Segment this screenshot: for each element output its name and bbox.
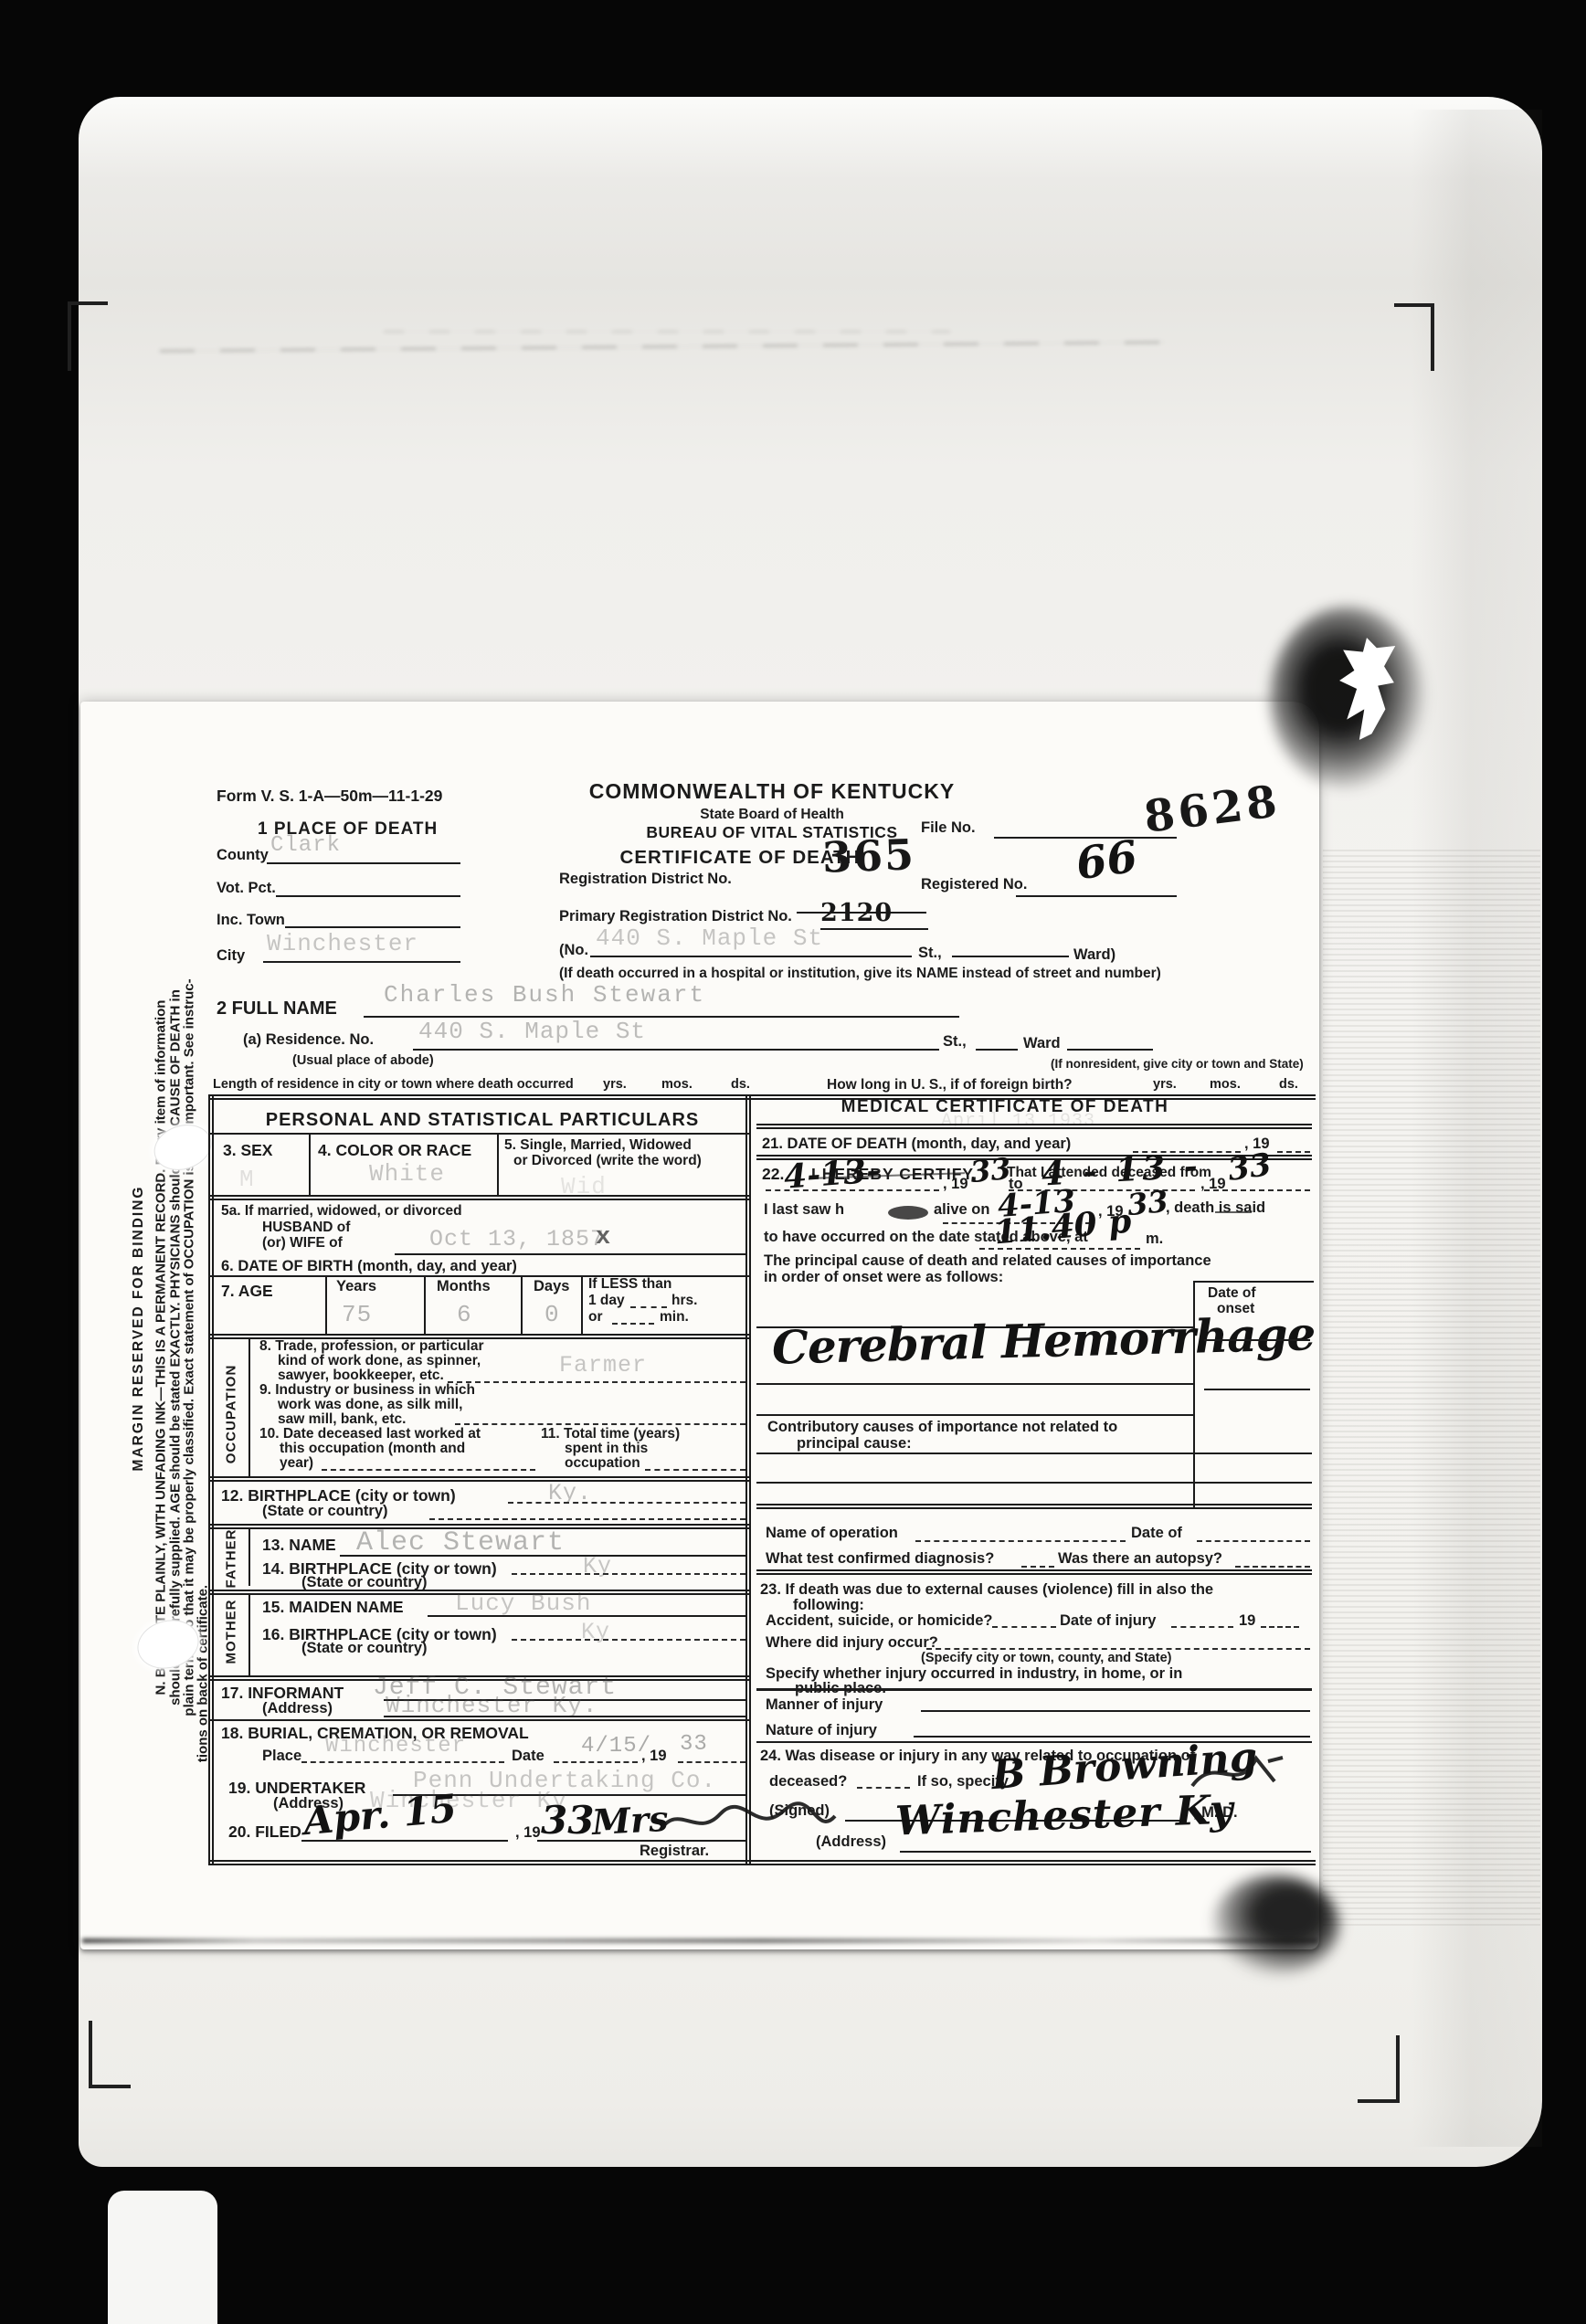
fill-line [301,1840,508,1842]
field-23-label-1: 23. If death was due to external causes … [760,1582,1213,1598]
if-less-label-2: 1 day [588,1294,625,1308]
fill-line [508,1502,745,1504]
rule [248,1529,250,1586]
residence-ward-label: Ward [1023,1036,1061,1051]
rule [208,1476,751,1482]
principal-cause-label-1: The principal cause of death and related… [764,1253,1211,1269]
nonresident-note: (If nonresident, give city or town and S… [1051,1058,1304,1071]
mother-birthplace-value: Ky [581,1619,610,1645]
st-label: St., [918,945,942,961]
color-race-label: 4. COLOR OR RACE [318,1142,471,1158]
filed-label: 20. FILED [228,1823,301,1840]
fill-line [429,1518,745,1520]
rule [756,1124,1312,1129]
rule [497,1135,499,1195]
rule [424,1277,426,1334]
state-country-note: (State or country) [301,1575,428,1590]
registered-no-label: Registered No. [921,877,1027,893]
fill-line [590,956,912,957]
undertaker-label: 19. UNDERTAKER [228,1780,365,1796]
bureau-heading: BUREAU OF VITAL STATISTICS [562,824,982,840]
field-11-label-2: spent in this [565,1442,648,1456]
inc-town-label: Inc. Town [217,913,285,928]
fill-line [512,1573,745,1575]
father-birthplace-value: Ky [583,1553,612,1579]
fill-line [1016,895,1177,897]
fill-line [915,1540,1126,1542]
field-10-label-1: 10. Date deceased last worked at [259,1427,481,1442]
corner-mark-top-right [1394,303,1434,371]
days-label: Days [534,1279,569,1294]
date-label: Date [512,1748,545,1764]
field-12-label: 12. BIRTHPLACE (city or town) [221,1487,456,1504]
rule [208,1195,751,1200]
where-injury-label: Where did injury occur? [766,1635,938,1651]
corner-mark-bottom-left [89,2021,131,2088]
rule [756,1569,1312,1575]
field-8-label-3: sawyer, bookkeeper, etc. [278,1368,444,1383]
fill-line [1171,1626,1233,1628]
fill-line [1197,1540,1310,1542]
fill-line [1277,1151,1310,1153]
ds-label: ds. [1279,1078,1298,1092]
state-country-note: (State or country) [301,1641,428,1656]
rule [325,1277,327,1334]
fill-line [512,1639,745,1641]
father-side-label: FATHER [224,1529,239,1589]
burial-place-value: Winchester [325,1734,466,1759]
accident-label: Accident, suicide, or homicide? [766,1613,992,1629]
margin-nb-line-1: N. B.—WRITE PLAINLY, WITH UNFADING INK—T… [153,1000,169,1695]
rule [248,1339,250,1476]
primary-district-label: Primary Registration District No. [559,909,792,924]
min-label: min. [660,1310,689,1325]
marital-label-1: 5. Single, Married, Widowed [504,1138,692,1153]
or-label: or [588,1310,603,1325]
full-name-value: Charles Bush Stewart [384,981,705,1009]
field-11-label-3: occupation [565,1456,640,1471]
months-label: Months [437,1279,491,1294]
field-15-label: 15. MAIDEN NAME [262,1599,404,1615]
fill-line [976,1049,1018,1051]
autopsy-label: Was there an autopsy? [1058,1551,1222,1567]
abode-note: (Usual place of abode) [292,1054,434,1068]
date-of-onset-label-1: Date of [1208,1286,1256,1301]
place-label: Place [262,1748,301,1764]
rule [1204,1389,1310,1390]
fill-line [766,1189,939,1191]
stray-ink-stroke [1215,1211,1252,1213]
contributory-label-2: principal cause: [797,1436,912,1452]
operation-label: Name of operation [766,1526,898,1541]
operation-date-label: Date of [1131,1526,1182,1541]
field-9-label-1: 9. Industry or business in which [259,1383,475,1398]
contributory-label-1: Contributory causes of importance not re… [767,1420,1117,1435]
last-saw-label: I last saw h [764,1202,844,1218]
death-is-said-label: , death is said [1166,1200,1265,1216]
rule [208,1860,1316,1865]
county-value: Clark [270,833,341,858]
bottom-white-tab [108,2191,217,2324]
fill-line [1261,1626,1299,1628]
fill-line [276,895,460,897]
rule [521,1277,523,1334]
age-months-value: 6 [457,1301,472,1328]
rule [756,1688,1312,1691]
fill-line [645,1469,745,1471]
registered-no-value: 66 [1073,831,1140,891]
ds-label: ds. [731,1078,750,1092]
ink-blot [888,1206,928,1220]
age-years-value: 75 [342,1301,372,1328]
fill-line [1204,1189,1310,1191]
fill-line [992,1626,1056,1628]
field-10-label-3: year) [280,1456,313,1471]
rule [756,1452,1312,1454]
fill-line [1021,1566,1054,1568]
wife-of-label: (or) WIFE of [262,1236,343,1251]
rule [248,1593,250,1675]
age-label: 7. AGE [221,1283,273,1299]
rule [756,1504,1312,1509]
rule [309,1135,311,1195]
fill-line [267,862,460,864]
occupation-side-label: OCCUPATION [224,1365,239,1464]
field-9-label-2: work was done, as silk mill, [278,1398,462,1412]
last-saw-year-value: 33 [1126,1184,1169,1222]
fill-line [678,1761,745,1763]
color-race-value: White [369,1160,445,1188]
fill-line [384,1716,745,1717]
scan-stripes [1323,850,1540,1928]
husband-of-label: HUSBAND of [262,1220,350,1235]
fill-line [857,1787,910,1789]
field-11-label-1: 11. Total time (years) [541,1427,680,1442]
mother-side-label: MOTHER [224,1600,239,1664]
board-heading: State Board of Health [562,808,982,822]
ward-label: Ward) [1073,947,1115,963]
dob-label: 6. DATE OF BIRTH (month, day, and year) [221,1259,517,1274]
date-of-death-label: 21. DATE OF DEATH (month, day, and year) [762,1136,1071,1152]
registration-district-label: Registration District No. [559,871,732,887]
ink-smudge-top-right [1270,607,1425,789]
mos-label: mos. [1210,1078,1241,1092]
mother-maiden-value: Lucy Bush [455,1590,591,1617]
fill-line [263,961,460,963]
fill-line [1235,1566,1310,1568]
m-label: m. [1146,1231,1163,1247]
yrs-label: yrs. [603,1078,627,1092]
mos-label: mos. [661,1078,693,1092]
rule [756,1383,1193,1385]
dob-value: Oct 13, 1857 [429,1226,605,1252]
corner-mark-bottom-right [1358,2035,1400,2103]
specify-city-note: (Specify city or town, county, and State… [921,1652,1171,1665]
field-23-label-2: following: [793,1598,864,1613]
field-13-label: 13. NAME [262,1537,336,1553]
fill-line [413,1049,939,1051]
deceased-label: deceased? [769,1774,847,1790]
field-22-number: 22. [762,1166,784,1182]
signed-label: (Signed) [769,1803,830,1819]
field-8-label-1: 8. Trade, profession, or particular [259,1339,484,1354]
fill-line [926,1648,1310,1650]
age-days-value: 0 [545,1301,560,1328]
field-5a-label: 5a. If married, widowed, or divorced [221,1204,462,1219]
fill-line [455,1423,745,1425]
fill-line [952,956,1069,957]
fill-line [448,1381,745,1383]
nineteen-plain-label: 19 [1239,1613,1255,1629]
years-label: Years [336,1279,376,1294]
address-note: (Address) [262,1701,333,1717]
fill-line [820,928,928,930]
how-long-us-label: How long in U. S., if of foreign birth? [827,1078,1073,1093]
hrs-label: hrs. [671,1294,697,1308]
fill-line [921,1710,1310,1712]
city-label: City [217,948,245,964]
alive-on-label: alive on [934,1202,989,1218]
fill-line [322,1469,535,1471]
corner-mark-top-left [68,301,108,371]
rule [756,1414,1193,1416]
fill-line [340,1555,745,1557]
dob-x-mark: x [596,1224,611,1252]
commonwealth-heading: COMMONWEALTH OF KENTUCKY [562,780,982,802]
fill-line [1067,1049,1153,1051]
fill-line [554,1761,638,1763]
field-9-label-3: saw mill, bank, etc. [278,1412,406,1427]
street-no-value: 440 S. Maple St [596,924,823,952]
occupation-value: Farmer [559,1352,647,1379]
fill-line [979,1248,1140,1250]
filed-year-value: 33 [541,1798,594,1843]
residence-st-label: St., [943,1034,967,1050]
margin-reserved-text: MARGIN RESERVED FOR BINDING [131,1186,147,1472]
street-no-label: (No. [559,943,588,958]
yrs-label: yrs. [1153,1078,1177,1092]
bleedthrough-ghost-line [384,331,950,333]
ink-smudge-bottom-right [1211,1875,1339,1975]
sex-value: M [239,1166,255,1193]
length-residence-label: Length of residence in city or town wher… [213,1078,574,1092]
registrar-label: Registrar. [640,1843,709,1859]
attended-from-year: 33 [968,1151,1012,1189]
manner-of-injury-label: Manner of injury [766,1697,883,1713]
marital-label-2: or Divorced (write the word) [513,1154,702,1168]
father-name-value: Alec Stewart [356,1527,565,1558]
hospital-note: (If death occurred in a hospital or inst… [559,967,1161,981]
city-value: Winchester [267,930,418,957]
fill-line [285,926,460,928]
burial-year-value: 33 [680,1732,708,1757]
residence-label: (a) Residence. No. [243,1032,374,1048]
nineteen-label: , 19 [515,1825,541,1841]
fill-line [537,1840,745,1842]
rule [208,1719,751,1721]
principal-cause-label-2: in order of onset were as follows: [764,1270,1003,1285]
rule [1193,1281,1314,1283]
rule [208,1133,751,1135]
nineteen-label: , 19 [943,1177,968,1192]
attended-to-year: 33 [1225,1146,1273,1188]
primary-district-value: 2120 [820,899,893,927]
fill-line [630,1306,667,1308]
rule [581,1277,583,1334]
vot-pct-label: Vot. Pct. [217,881,276,896]
fill-line [900,1851,1311,1853]
fill-line [301,1761,504,1763]
nineteen-label: , 19 [641,1748,667,1764]
field-10-label-2: this occupation (month and [280,1442,465,1456]
file-no-label: File No. [921,820,976,836]
fill-line [612,1323,654,1325]
test-label: What test confirmed diagnosis? [766,1551,994,1567]
registration-district-value: 365 [821,829,916,882]
form-number: Form V. S. 1-A—50m—11-1-29 [217,787,442,804]
paper-edge-shadow [82,1938,1317,1943]
county-label: County [217,848,269,863]
sex-label: 3. SEX [223,1142,272,1158]
rule [1204,1339,1310,1341]
fill-line [395,1253,747,1255]
injury-date-label: Date of injury [1060,1613,1156,1629]
if-less-label-1: If LESS than [588,1277,671,1292]
state-country-note: (State or country) [262,1504,388,1519]
scanned-death-certificate-page: MARGIN RESERVED FOR BINDING N. B.—WRITE … [0,0,1586,2324]
rule [756,1482,1312,1484]
full-name-label: 2 FULL NAME [217,999,337,1019]
fill-line [428,1615,745,1617]
nature-of-injury-label: Nature of injury [766,1723,877,1738]
field-8-label-2: kind of work done, as spinner, [278,1354,481,1368]
address-note: (Address) [816,1834,886,1850]
residence-value: 440 S. Maple St [418,1018,646,1045]
personal-particulars-title: PERSONAL AND STATISTICAL PARTICULARS [219,1111,745,1130]
informant-label: 17. INFORMANT [221,1685,344,1701]
